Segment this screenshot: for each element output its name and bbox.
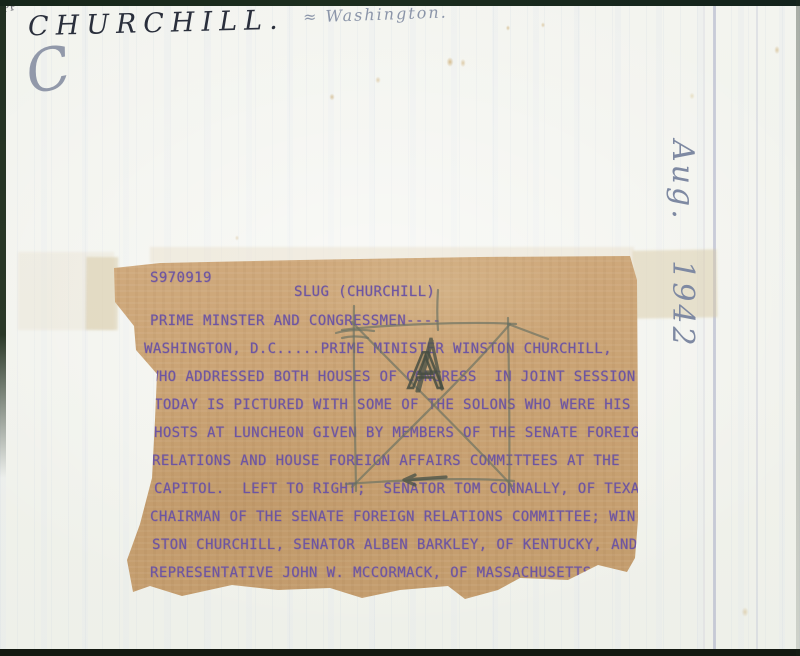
- caption-line: RELATIONS AND HOUSE FOREIGN AFFAIRS COMM…: [152, 454, 620, 469]
- photo-back-scan: PP CHURCHILL. C ≈ Washington. Aug. 1942 …: [0, 0, 800, 656]
- ruled-line-faint: [756, 0, 758, 656]
- caption-line: PRIME MINSTER AND CONGRESSMEN----: [150, 314, 441, 329]
- pencil-date-note: Aug. 1942: [665, 140, 700, 440]
- caption-line: WASHINGTON, D.C.....PRIME MINISTER WINST…: [144, 342, 612, 357]
- caption-sheet: S970919 SLUG (CHURCHILL) PRIME MINSTER A…: [108, 250, 642, 604]
- scan-edge-bottom: [0, 649, 800, 656]
- scan-edge-left: [0, 0, 6, 478]
- scan-edge-right: [796, 0, 800, 656]
- caption-reference-number: S970919: [150, 271, 212, 286]
- caption-line: WHO ADDRESSED BOTH HOUSES OF CONGRESS IN…: [150, 370, 636, 385]
- pencil-initial-flourish: C: [19, 32, 77, 108]
- caption-slug: SLUG (CHURCHILL): [294, 285, 435, 300]
- scan-edge-top: [0, 0, 800, 6]
- tape-left: [86, 257, 119, 330]
- caption-line: TODAY IS PICTURED WITH SOME OF THE SOLON…: [154, 398, 631, 413]
- caption-line: CAPITOL. LEFT TO RIGHT; SENATOR TOM CONN…: [154, 482, 657, 497]
- caption-line: CHAIRMAN OF THE SENATE FOREIGN RELATIONS…: [150, 510, 644, 525]
- ruled-line: [713, 0, 716, 656]
- handwritten-title: CHURCHILL.: [28, 5, 285, 43]
- caption-line: HOSTS AT LUNCHEON GIVEN BY MEMBERS OF TH…: [154, 426, 648, 441]
- caption-line: STON CHURCHILL, SENATOR ALBEN BARKLEY, O…: [152, 538, 638, 553]
- caption-line: REPRESENTATIVE JOHN W. MCCORMACK, OF MAS…: [150, 566, 600, 581]
- ruled-line-faint: [703, 0, 705, 656]
- pencil-location-note: ≈ Washington.: [303, 2, 448, 26]
